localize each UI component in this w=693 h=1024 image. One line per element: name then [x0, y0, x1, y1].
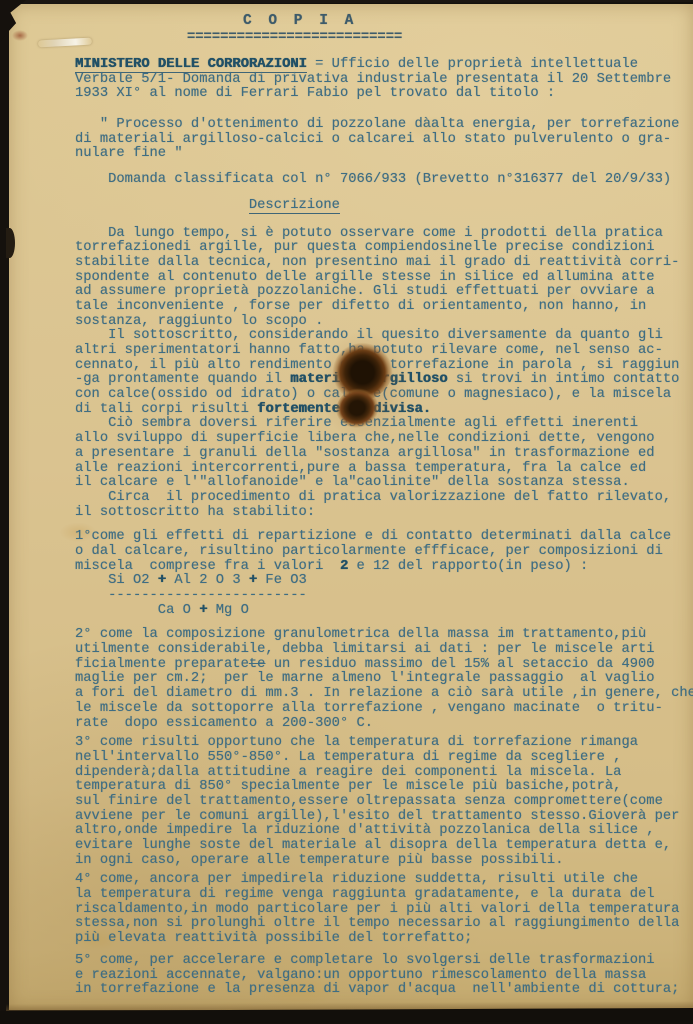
text-segment: o dal calcare, risultino particolarmente… — [75, 544, 663, 559]
text-segment: 2 — [340, 559, 348, 574]
item-2: 2° come la composizione granulometrica d… — [75, 628, 693, 731]
paragraph-1: Da lungo tempo, si è potuto osservare co… — [75, 227, 693, 330]
text-segment: torrefazionedi argille, pur questa compi… — [75, 240, 655, 255]
text-segment: nell'intervallo 550°-850°. La temperatur… — [75, 750, 621, 765]
text-line: 5° come, per accelerare e completare lo … — [75, 954, 693, 969]
text-segment: Al 2 O 3 — [166, 573, 249, 588]
text-segment: miscela comprese fra i valori — [75, 559, 340, 574]
text-segment: Fe O3 — [257, 573, 307, 588]
text-segment: Mg O — [207, 603, 248, 618]
text-segment: rate dopo essicamento a 200-300° C. — [75, 716, 373, 731]
text-segment: più elevata reattività possibile del tor… — [75, 931, 472, 946]
text-segment: utilmente considerabile, debba limitarsi… — [75, 642, 655, 657]
text-line: MINISTERO DELLE CORRORAZIONI = Ufficio d… — [75, 58, 693, 73]
text-line: Ca O + Mg O — [75, 604, 693, 619]
text-segment: alle reazioni intercorrenti,pure a bassa… — [75, 461, 646, 476]
text-line: evitare lunghe soste del materiale al di… — [75, 839, 693, 854]
text-segment: " Processo d'ottenimento di pozzolane dà… — [75, 117, 679, 132]
text-segment: il sottoscritto ha stabilito: — [75, 505, 315, 520]
text-line: le miscele da sottoporre alla torrefazio… — [75, 702, 693, 717]
text-segment: cennato, il più alto rendimento della to… — [75, 358, 679, 373]
text-segment: di materiali argilloso-calcici o calcare… — [75, 132, 671, 147]
text-line: ------------------------ — [75, 589, 693, 604]
text-line: altri sperimentatori hanno fatto,ha potu… — [75, 344, 693, 359]
text-line: Da lungo tempo, si è potuto osservare co… — [75, 227, 693, 242]
text-segment: di tali corpi risulti — [75, 402, 257, 417]
text-segment: a fori del diametro di mm.3 . In relazio… — [75, 686, 693, 701]
text-line: stessa,non si prolunghi oltre il tempo n… — [75, 917, 693, 932]
text-segment: 1°come gli effetti di repartizione e di … — [75, 529, 671, 544]
text-line: in torrefazione e la presenza di vapor d… — [75, 983, 693, 998]
title-quote: " Processo d'ottenimento di pozzolane dà… — [75, 118, 693, 162]
text-segment: ficialmente preparate — [75, 657, 249, 672]
text-line: temperatura di 850° specialmente per le … — [75, 780, 693, 795]
text-segment: Ciò sembra doversi riferire essenzialmen… — [75, 416, 638, 431]
text-segment: MINISTERO DELLE CORRORAZIONI — [75, 57, 307, 73]
text-segment: Il sottoscritto, considerando il quesito… — [75, 328, 663, 343]
text-segment: evitare lunghe soste del materiale al di… — [75, 838, 671, 853]
text-segment: materiale argilloso — [290, 372, 447, 387]
text-segment: in torrefazione e la presenza di vapor d… — [75, 982, 679, 997]
scanned-document-page: C O P I A ========================== MIN… — [0, 0, 693, 1024]
item-1: 1°come gli effetti di repartizione e di … — [75, 530, 693, 618]
text-segment: tale inconveniente , forse per difetto d… — [75, 299, 646, 314]
text-line: la temperatura di regime venga raggiunta… — [75, 888, 693, 903]
text-line: utilmente considerabile, debba limitarsi… — [75, 643, 693, 658]
text-line: maglie per cm.2; per le marne almeno l'i… — [75, 672, 693, 687]
text-segment: maglie per cm.2; per le marne almeno l'i… — [75, 671, 655, 686]
paragraph-2: Il sottoscritto, considerando il quesito… — [75, 329, 693, 417]
copia-header: C O P I A ========================== — [75, 13, 635, 45]
text-segment: fortemente suddivisa. — [257, 402, 431, 417]
text-segment: ad assumere proprietà pozzolaniche. Gli … — [75, 284, 655, 299]
text-segment: e reazioni accennate, valgano:un opportu… — [75, 968, 646, 983]
document-body: MINISTERO DELLE CORRORAZIONI = Ufficio d… — [75, 58, 693, 998]
paragraph-4: Circa il procedimento di pratica valoriz… — [75, 491, 693, 520]
text-segment: ------------------------ — [75, 588, 307, 603]
text-line: più elevata reattività possibile del tor… — [75, 932, 693, 947]
item-3: 3° come risulti opportuno che la tempera… — [75, 736, 693, 868]
text-segment: allo sviluppo di superficie libera che,n… — [75, 431, 655, 446]
text-line: rate dopo essicamento a 200-300° C. — [75, 717, 693, 732]
scan-edge-left — [0, 0, 9, 1024]
text-segment: con calce(ossido od idrato) o calcare(co… — [75, 387, 671, 402]
text-segment: a presentare i granuli della "sostanza a… — [75, 446, 655, 461]
text-segment: stessa,non si prolunghi oltre il tempo n… — [75, 916, 679, 931]
text-segment: altri sperimentatori hanno fatto,ha potu… — [75, 343, 663, 358]
item-5: 5° come, per accelerare e completare lo … — [75, 954, 693, 998]
text-line: tale inconveniente , forse per difetto d… — [75, 300, 693, 315]
text-line: con calce(ossido od idrato) o calcare(co… — [75, 388, 693, 403]
text-segment: un residuo massimo del 15% al setaccio d… — [265, 657, 654, 672]
text-segment: 2° come la composizione granulometrica d… — [75, 627, 646, 642]
text-segment: Ca O — [75, 603, 199, 618]
text-segment: sostanza, raggiunto lo scopo . — [75, 314, 323, 329]
text-segment: in ogni caso, operare alle temperature p… — [75, 853, 564, 868]
text-segment: temperatura di 850° specialmente per le … — [75, 779, 621, 794]
text-segment: riscaldamento,in modo particolare per i … — [75, 902, 679, 917]
text-line: a presentare i granuli della "sostanza a… — [75, 447, 693, 462]
text-segment: 1933 XI° al nome di Ferrari Fabio pel tr… — [75, 86, 555, 101]
text-line: il calcare e l'"allofanoide" e la"caolin… — [75, 476, 693, 491]
text-line: 4° come, ancora per impedirela riduzione… — [75, 873, 693, 888]
text-segment: la temperatura di regime venga raggiunta… — [75, 887, 655, 902]
text-segment — [75, 198, 249, 213]
text-line: 3° come risulti opportuno che la tempera… — [75, 736, 693, 751]
rust-spot — [12, 30, 28, 41]
text-line: o dal calcare, risultino particolarmente… — [75, 545, 693, 560]
text-line: torrefazionedi argille, pur questa compi… — [75, 241, 693, 256]
text-segment: dipenderà;dalla attitudine a reagire dei… — [75, 765, 621, 780]
text-segment: nulare fine " — [75, 146, 183, 161]
copia-title: C O P I A — [243, 13, 635, 29]
copia-rule: ========================== — [187, 30, 635, 45]
text-segment: e 12 del rapporto(in peso) : — [348, 559, 588, 574]
text-line: Circa il procedimento di pratica valoriz… — [75, 491, 693, 506]
text-segment: stabilite dalla tecnica, non presentino … — [75, 255, 679, 270]
text-segment: altro,onde impedire la riduzione d'attiv… — [75, 823, 655, 838]
item-4: 4° come, ancora per impedirela riduzione… — [75, 873, 693, 946]
text-segment: 4° come, ancora per impedirela riduzione… — [75, 872, 638, 887]
text-line: allo sviluppo di superficie libera che,n… — [75, 432, 693, 447]
text-segment: Si O2 — [75, 573, 158, 588]
paragraph-3: Ciò sembra doversi riferire essenzialmen… — [75, 417, 693, 490]
text-segment: = Ufficio delle proprietà intellettuale — [307, 57, 638, 72]
text-line: Il sottoscritto, considerando il quesito… — [75, 329, 693, 344]
text-segment: + — [158, 573, 166, 588]
text-line: " Processo d'ottenimento di pozzolane dà… — [75, 118, 693, 133]
header-block: MINISTERO DELLE CORRORAZIONI = Ufficio d… — [75, 58, 693, 102]
text-line: nulare fine " — [75, 147, 693, 162]
text-line: Si O2 + Al 2 O 3 + Fe O3 — [75, 574, 693, 589]
text-segment: Circa il procedimento di pratica valoriz… — [75, 490, 671, 505]
text-line: -ga prontamente quando il materiale argi… — [75, 373, 693, 388]
text-line: altro,onde impedire la riduzione d'attiv… — [75, 824, 693, 839]
text-line: stabilite dalla tecnica, non presentino … — [75, 256, 693, 271]
text-line: alle reazioni intercorrenti,pure a bassa… — [75, 462, 693, 477]
text-line: Domanda classificata col n° 7066/933 (Br… — [75, 173, 693, 188]
text-line: e reazioni accennate, valgano:un opportu… — [75, 969, 693, 984]
text-segment: si trovi in intimo contatto — [448, 372, 680, 387]
text-segment: + — [249, 573, 257, 588]
text-line: sul finire del trattamento,essere oltrep… — [75, 795, 693, 810]
text-segment: sul finire del trattamento,essere oltrep… — [75, 794, 663, 809]
text-line: 1933 XI° al nome di Ferrari Fabio pel tr… — [75, 87, 693, 102]
text-segment: te — [249, 657, 266, 672]
text-line: Ciò sembra doversi riferire essenzialmen… — [75, 417, 693, 432]
text-line: 1°come gli effetti di repartizione e di … — [75, 530, 693, 545]
text-line: il sottoscritto ha stabilito: — [75, 506, 693, 521]
text-segment: spondente al contenuto delle argille ste… — [75, 270, 655, 285]
text-line: ad assumere proprietà pozzolaniche. Gli … — [75, 285, 693, 300]
text-segment: il calcare e l'"allofanoide" e la"caolin… — [75, 475, 630, 490]
text-line: in ogni caso, operare alle temperature p… — [75, 854, 693, 869]
text-line: a fori del diametro di mm.3 . In relazio… — [75, 687, 693, 702]
text-segment: Descrizione — [249, 198, 340, 214]
text-segment: Verbale 5/1- Domanda di privativa indust… — [75, 72, 671, 87]
descrizione-heading: Descrizione — [75, 199, 693, 214]
text-segment: 3° come risulti opportuno che la tempera… — [75, 735, 638, 750]
text-line: 2° come la composizione granulometrica d… — [75, 628, 693, 643]
text-segment: le miscele da sottoporre alla torrefazio… — [75, 701, 663, 716]
scan-edge-bottom — [0, 1008, 693, 1024]
text-segment: Domanda classificata col n° 7066/933 (Br… — [75, 172, 671, 187]
classification-line: Domanda classificata col n° 7066/933 (Br… — [75, 173, 693, 188]
text-segment: 5° come, per accelerare e completare lo … — [75, 953, 655, 968]
text-line: Descrizione — [75, 199, 693, 214]
text-line: nell'intervallo 550°-850°. La temperatur… — [75, 751, 693, 766]
text-segment: avviene per le comuni argille),l'esito d… — [75, 809, 679, 824]
text-segment: Da lungo tempo, si è potuto osservare co… — [75, 226, 663, 241]
text-segment: -ga prontamente quando il — [75, 372, 290, 387]
